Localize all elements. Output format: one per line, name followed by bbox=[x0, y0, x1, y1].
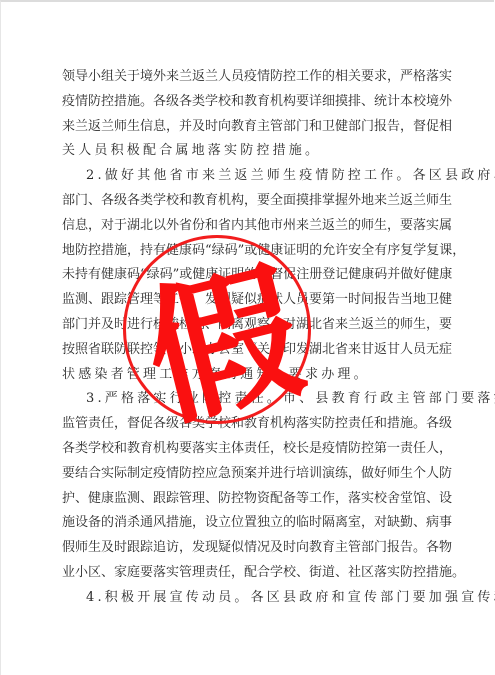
text-line: 领导小组关于境外来兰返兰人员疫情防控工作的相关要求，严格落实 bbox=[62, 65, 434, 90]
document-page: 领导小组关于境外来兰返兰人员疫情防控工作的相关要求，严格落实 疫情防控措施。各级… bbox=[0, 0, 494, 675]
text-line: 各类学校和教育机构要落实主体责任，校长是疫情防控第一责任人， bbox=[62, 437, 434, 462]
text-line: 护、健康监测、跟踪管理、防控物资配备等工作，落实校舍堂馆、设 bbox=[62, 487, 434, 512]
document-body: 领导小组关于境外来兰返兰人员疫情防控工作的相关要求，严格落实 疫情防控措施。各级… bbox=[62, 65, 442, 611]
text-line: 施设备的消杀通风措施，设立位置独立的临时隔离室，对缺勤、病事 bbox=[62, 511, 434, 536]
text-line: 业小区、家庭要落实管理责任，配合学校、街道、社区落实防控措施。 bbox=[62, 561, 434, 586]
text-line: 疫情防控措施。各级各类学校和教育机构要详细摸排、统计本校境外 bbox=[62, 90, 434, 115]
text-line: 假师生及时跟踪追访，发现疑似情况及时向教育主管部门报告。各物 bbox=[62, 536, 434, 561]
text-line: 状感染者管理工作方案的通知》要求办理。 bbox=[62, 363, 442, 388]
text-line: 关人员积极配合属地落实防控措施。 bbox=[62, 139, 442, 164]
text-line: 部门、各级各类学校和教育机构，要全面摸排掌握外地来兰返兰师生 bbox=[62, 189, 434, 214]
text-line: 监管责任，督促各级各类学校和教育机构落实防控责任和措施。各级 bbox=[62, 412, 434, 437]
text-line: 按照省联防联控领导小组办公室《关于印发湖北省来甘返甘人员无症 bbox=[62, 338, 434, 363]
text-line: 来兰返兰师生信息，并及时向教育主管部门和卫健部门报告，督促相 bbox=[62, 115, 434, 140]
paragraph-3-heading-line: 3.严格落实行业防控责任。市、县教育行政主管部门要落实行业 bbox=[62, 387, 442, 412]
text-line: 监测、跟踪管理等工作，发现疑似症状人员要第一时间报告当地卫健 bbox=[62, 288, 434, 313]
paragraph-2-heading-line: 2.做好其他省市来兰返兰师生疫情防控工作。各区县政府、教育 bbox=[62, 164, 442, 189]
text-line: 部门并及时进行核酸检测、隔离观察。对湖北省来兰返兰的师生，要 bbox=[62, 313, 434, 338]
text-line: 要结合实际制定疫情防控应急预案并进行培训演练，做好师生个人防 bbox=[62, 462, 434, 487]
text-line: 信息，对于湖北以外省份和省内其他市州来兰返兰的师生，要落实属 bbox=[62, 214, 434, 239]
text-line: 地防控措施，持有健康码“绿码”或健康证明的允许安全有序复学复课， bbox=[62, 239, 434, 264]
paragraph-4-heading-line: 4.积极开展宣传动员。各区县政府和宣传部门要加强宣传动员工 bbox=[62, 586, 442, 611]
text-line: 未持有健康码“绿码”或健康证明的要督促注册登记健康码并做好健康 bbox=[62, 263, 434, 288]
